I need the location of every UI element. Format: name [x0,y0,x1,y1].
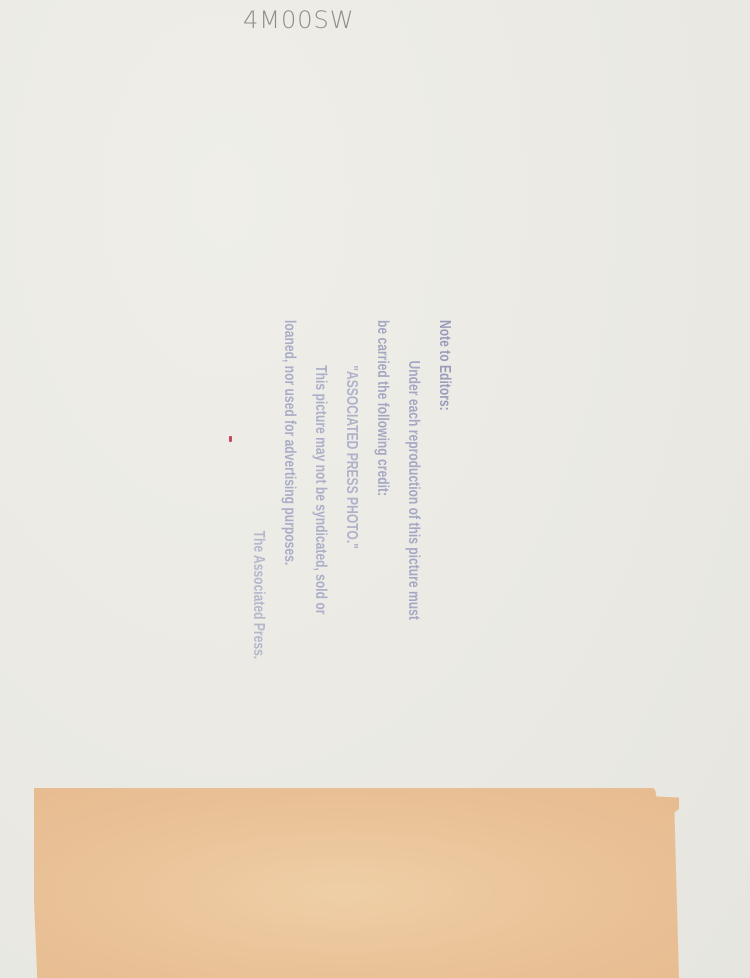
stamp-line: be carried the following credit: [367,320,398,624]
stamp-credit: "ASSOCIATED PRESS PHOTO." [336,320,367,624]
editor-note-stamp: Note to Editors: Under each reproduction… [250,320,460,710]
stamp-line: Under each reproduction of this picture … [398,320,429,624]
ink-mark [229,436,232,442]
stamp-heading: Note to Editors: [429,320,460,624]
stamp-line: This picture may not be syndicated, sold… [305,320,336,624]
stamp-signature: The Associated Press. [243,320,274,624]
handwritten-note: 4M00SW [243,6,354,34]
stamp-line: loaned, nor used for advertising purpose… [274,320,305,624]
attached-paper-strip [34,788,679,978]
